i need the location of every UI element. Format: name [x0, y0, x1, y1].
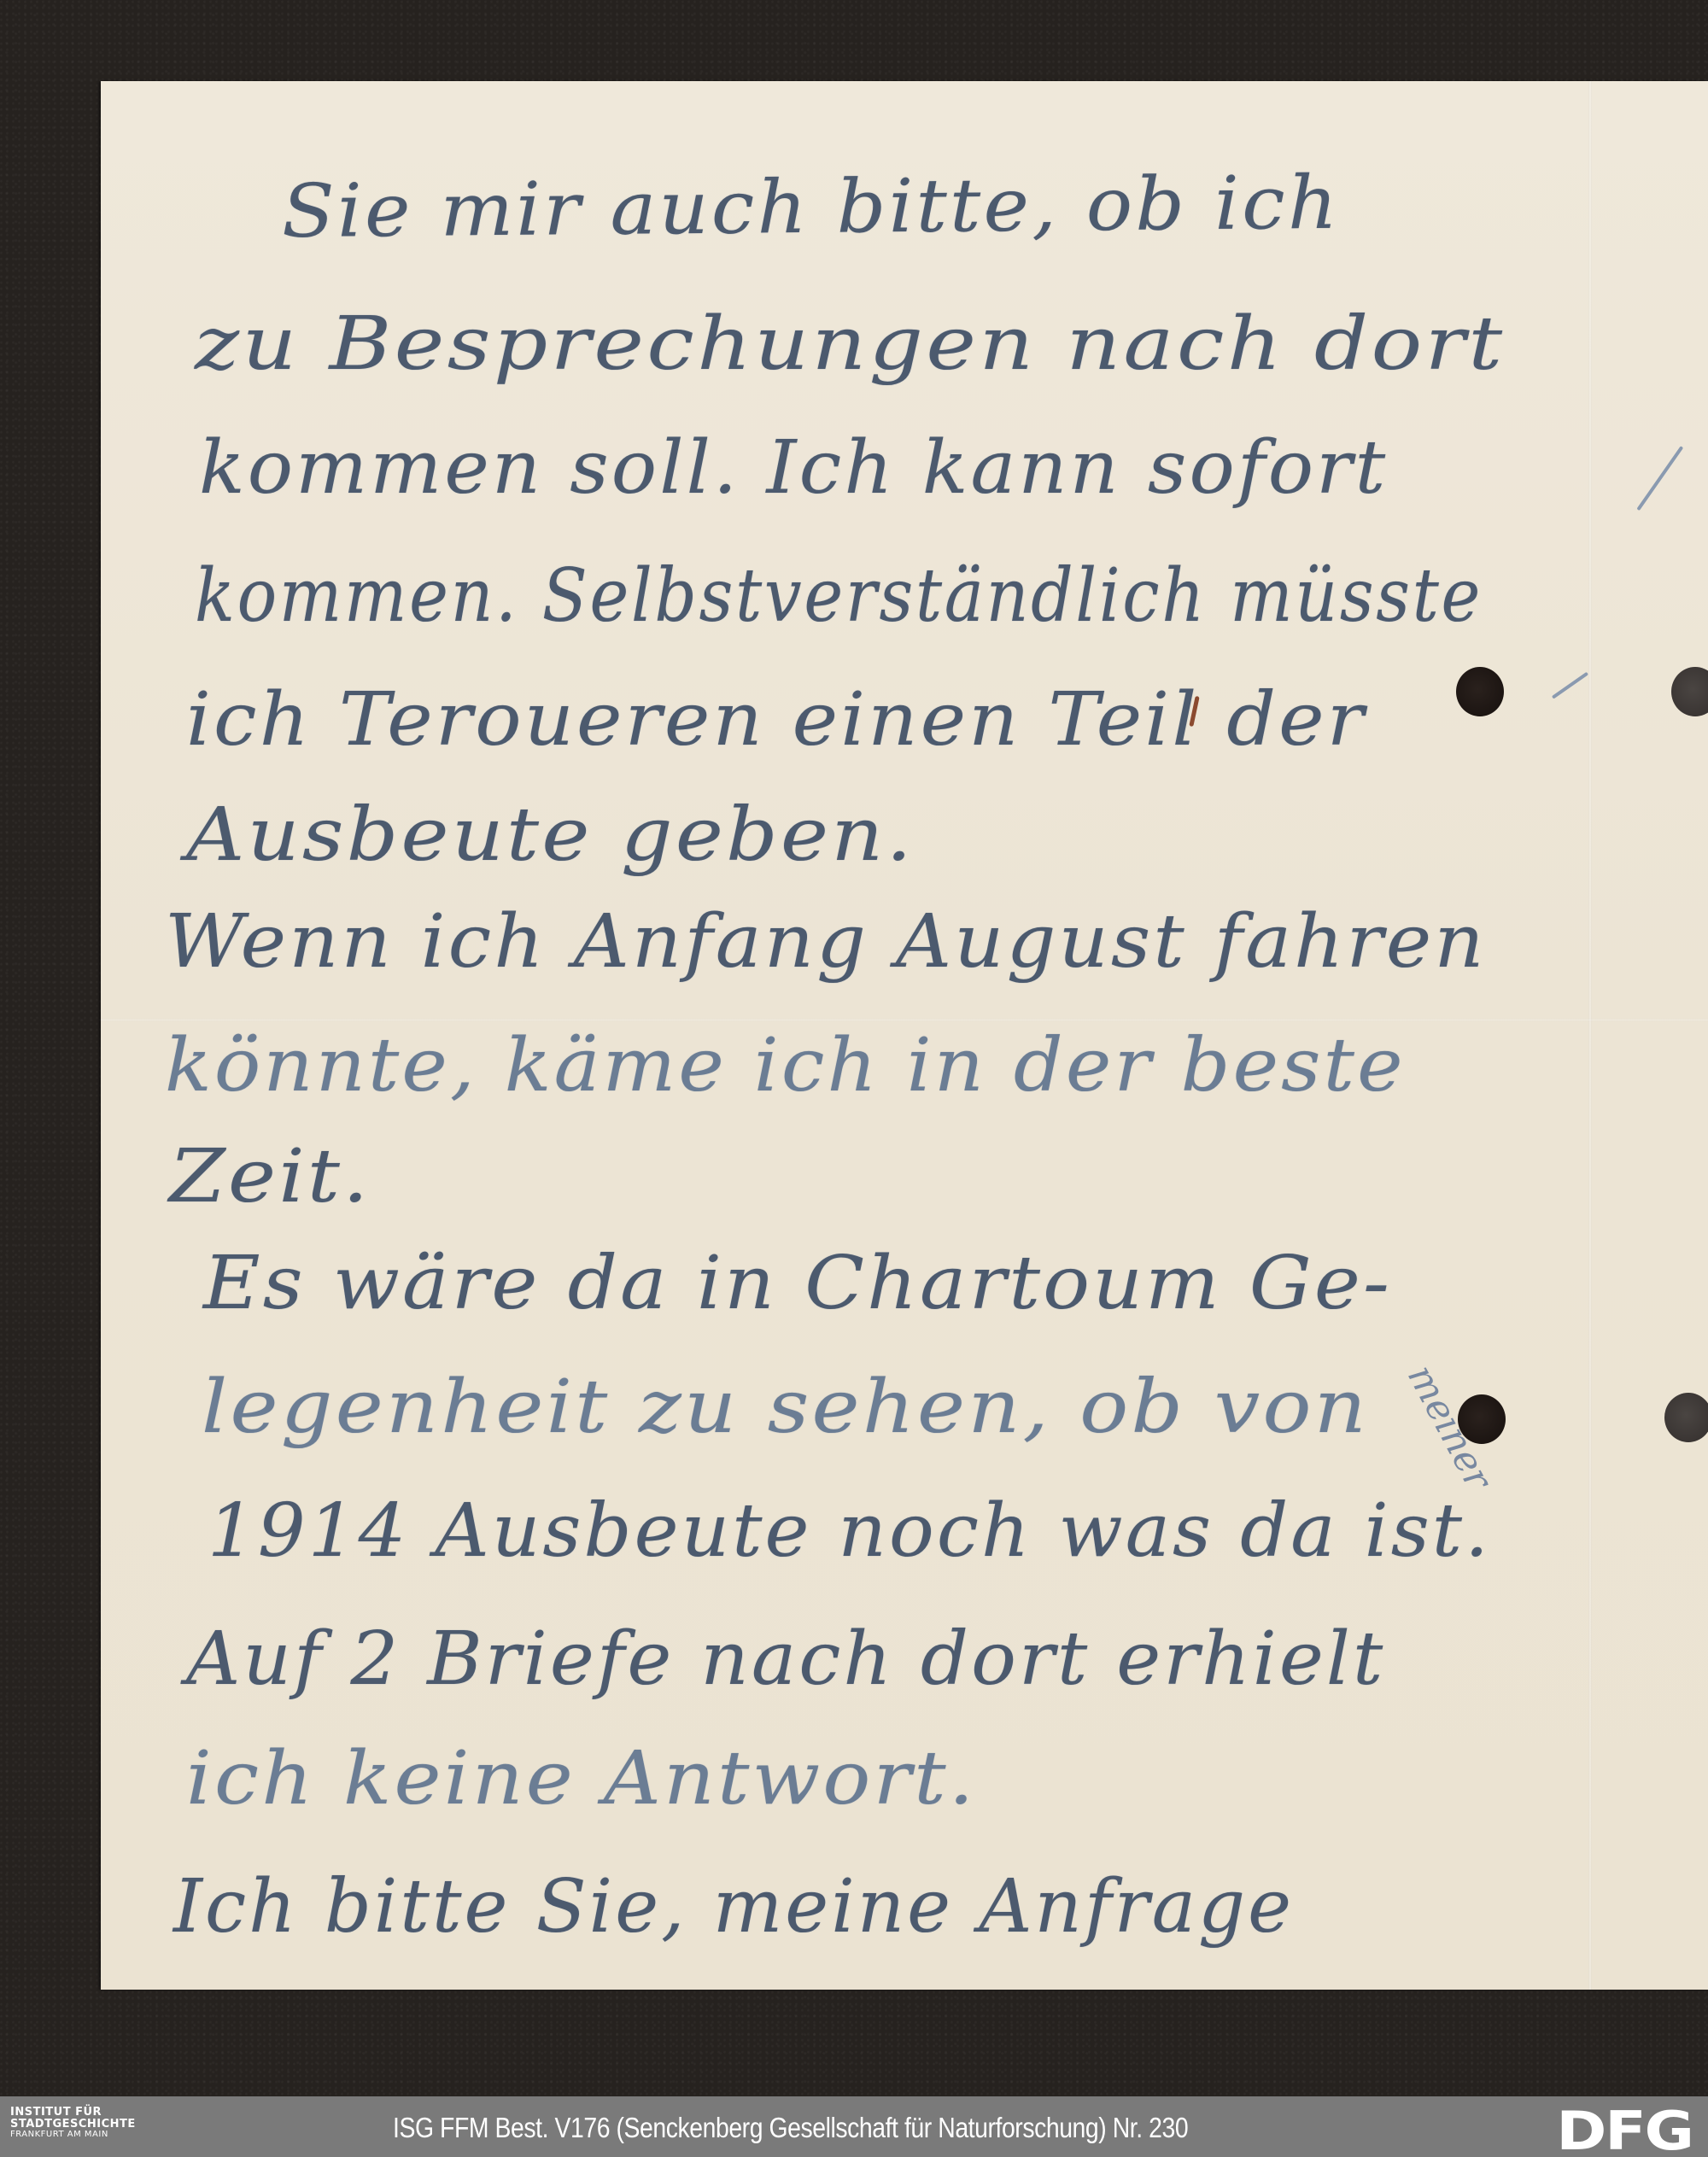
letter-line-9: Zeit. — [169, 1140, 371, 1213]
letter-line-11: legenheit zu sehen, ob von — [202, 1371, 1369, 1444]
institution-location: FRANKFURT AM MAIN — [10, 2131, 136, 2139]
archive-footer-bar: INSTITUT FÜR STADTGESCHICHTE FRANKFURT A… — [0, 2096, 1708, 2157]
letter-line-12: 1914 Ausbeute noch was da ist. — [208, 1494, 1491, 1568]
letter-line-15: Ich bitte Sie, meine Anfrage — [173, 1870, 1294, 1944]
dfg-logo: DFG — [1556, 2105, 1693, 2157]
institution-name-line1: INSTITUT FÜR — [10, 2107, 136, 2118]
letter-line-1: Sie mir auch bitte, ob ich — [282, 167, 1341, 248]
letter-line-8: könnte, käme ich in der beste — [165, 1029, 1406, 1102]
letter-line-7: Wenn ich Anfang August fahren — [165, 905, 1487, 979]
letter-line-3: kommen soll. Ich kann sofort — [199, 431, 1388, 505]
institution-name-line2: STADTGESCHICHTE — [10, 2119, 136, 2130]
letter-line-10: Es wäre da in Chartoum Ge- — [203, 1247, 1392, 1320]
punch-hole — [1456, 667, 1504, 716]
letter-line-6: Ausbeute geben. — [186, 798, 915, 872]
punch-hole — [1664, 1393, 1708, 1442]
letter-line-4: kommen. Selbstverständlich müsste — [195, 559, 1483, 633]
handwritten-text: Sie mir auch bitte, ob ich zu Besprechun… — [101, 81, 1708, 1990]
archive-signature: ISG FFM Best. V176 (Senckenberg Gesellsc… — [393, 2112, 1188, 2144]
letter-line-14: ich keine Antwort. — [186, 1742, 977, 1815]
letter-line-13: Auf 2 Briefe nach dort erhielt — [186, 1622, 1385, 1696]
letter-paper: Sie mir auch bitte, ob ich zu Besprechun… — [101, 81, 1708, 1990]
letter-line-2: zu Besprechungen nach dort — [195, 307, 1506, 381]
scan-area: Sie mir auch bitte, ob ich zu Besprechun… — [0, 0, 1708, 2096]
punch-hole — [1458, 1394, 1506, 1444]
institution-logo: INSTITUT FÜR STADTGESCHICHTE FRANKFURT A… — [10, 2107, 136, 2139]
